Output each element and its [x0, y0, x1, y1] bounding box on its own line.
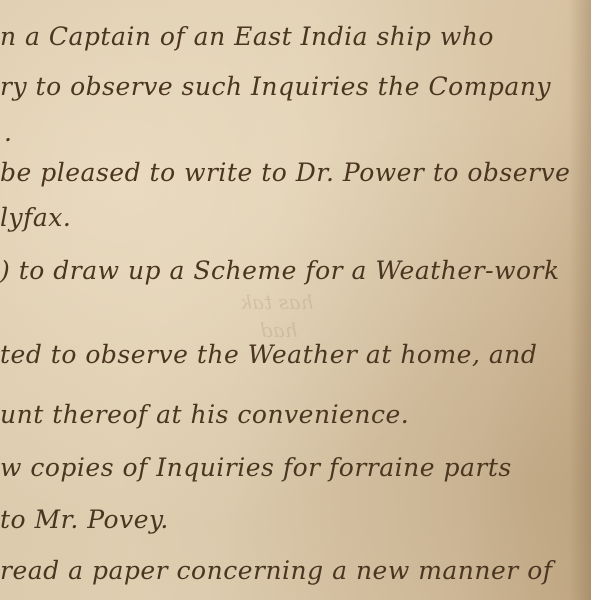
manuscript-line: lyfax. — [0, 203, 71, 232]
manuscript-line: read a paper concerning a new manner of — [0, 556, 553, 585]
manuscript-line: to Mr. Povey. — [0, 505, 169, 534]
page-edge-shadow — [569, 0, 591, 600]
bleed-through-text: has tak — [240, 290, 314, 314]
bleed-through-text: had — [260, 318, 298, 342]
manuscript-line: w copies of Inquiries for forraine parts — [0, 453, 512, 482]
manuscript-line: ry to observe such Inquiries the Company — [0, 72, 551, 101]
manuscript-line: ted to observe the Weather at home, and — [0, 340, 537, 369]
manuscript-line: n a Captain of an East India ship who — [0, 22, 494, 51]
manuscript-line: ) to draw up a Scheme for a Weather-work — [0, 256, 560, 285]
manuscript-line: unt thereof at his convenience. — [0, 400, 409, 429]
manuscript-page: n a Captain of an East India ship who ry… — [0, 0, 591, 600]
manuscript-line: be pleased to write to Dr. Power to obse… — [0, 158, 570, 187]
manuscript-line: . — [4, 118, 12, 147]
